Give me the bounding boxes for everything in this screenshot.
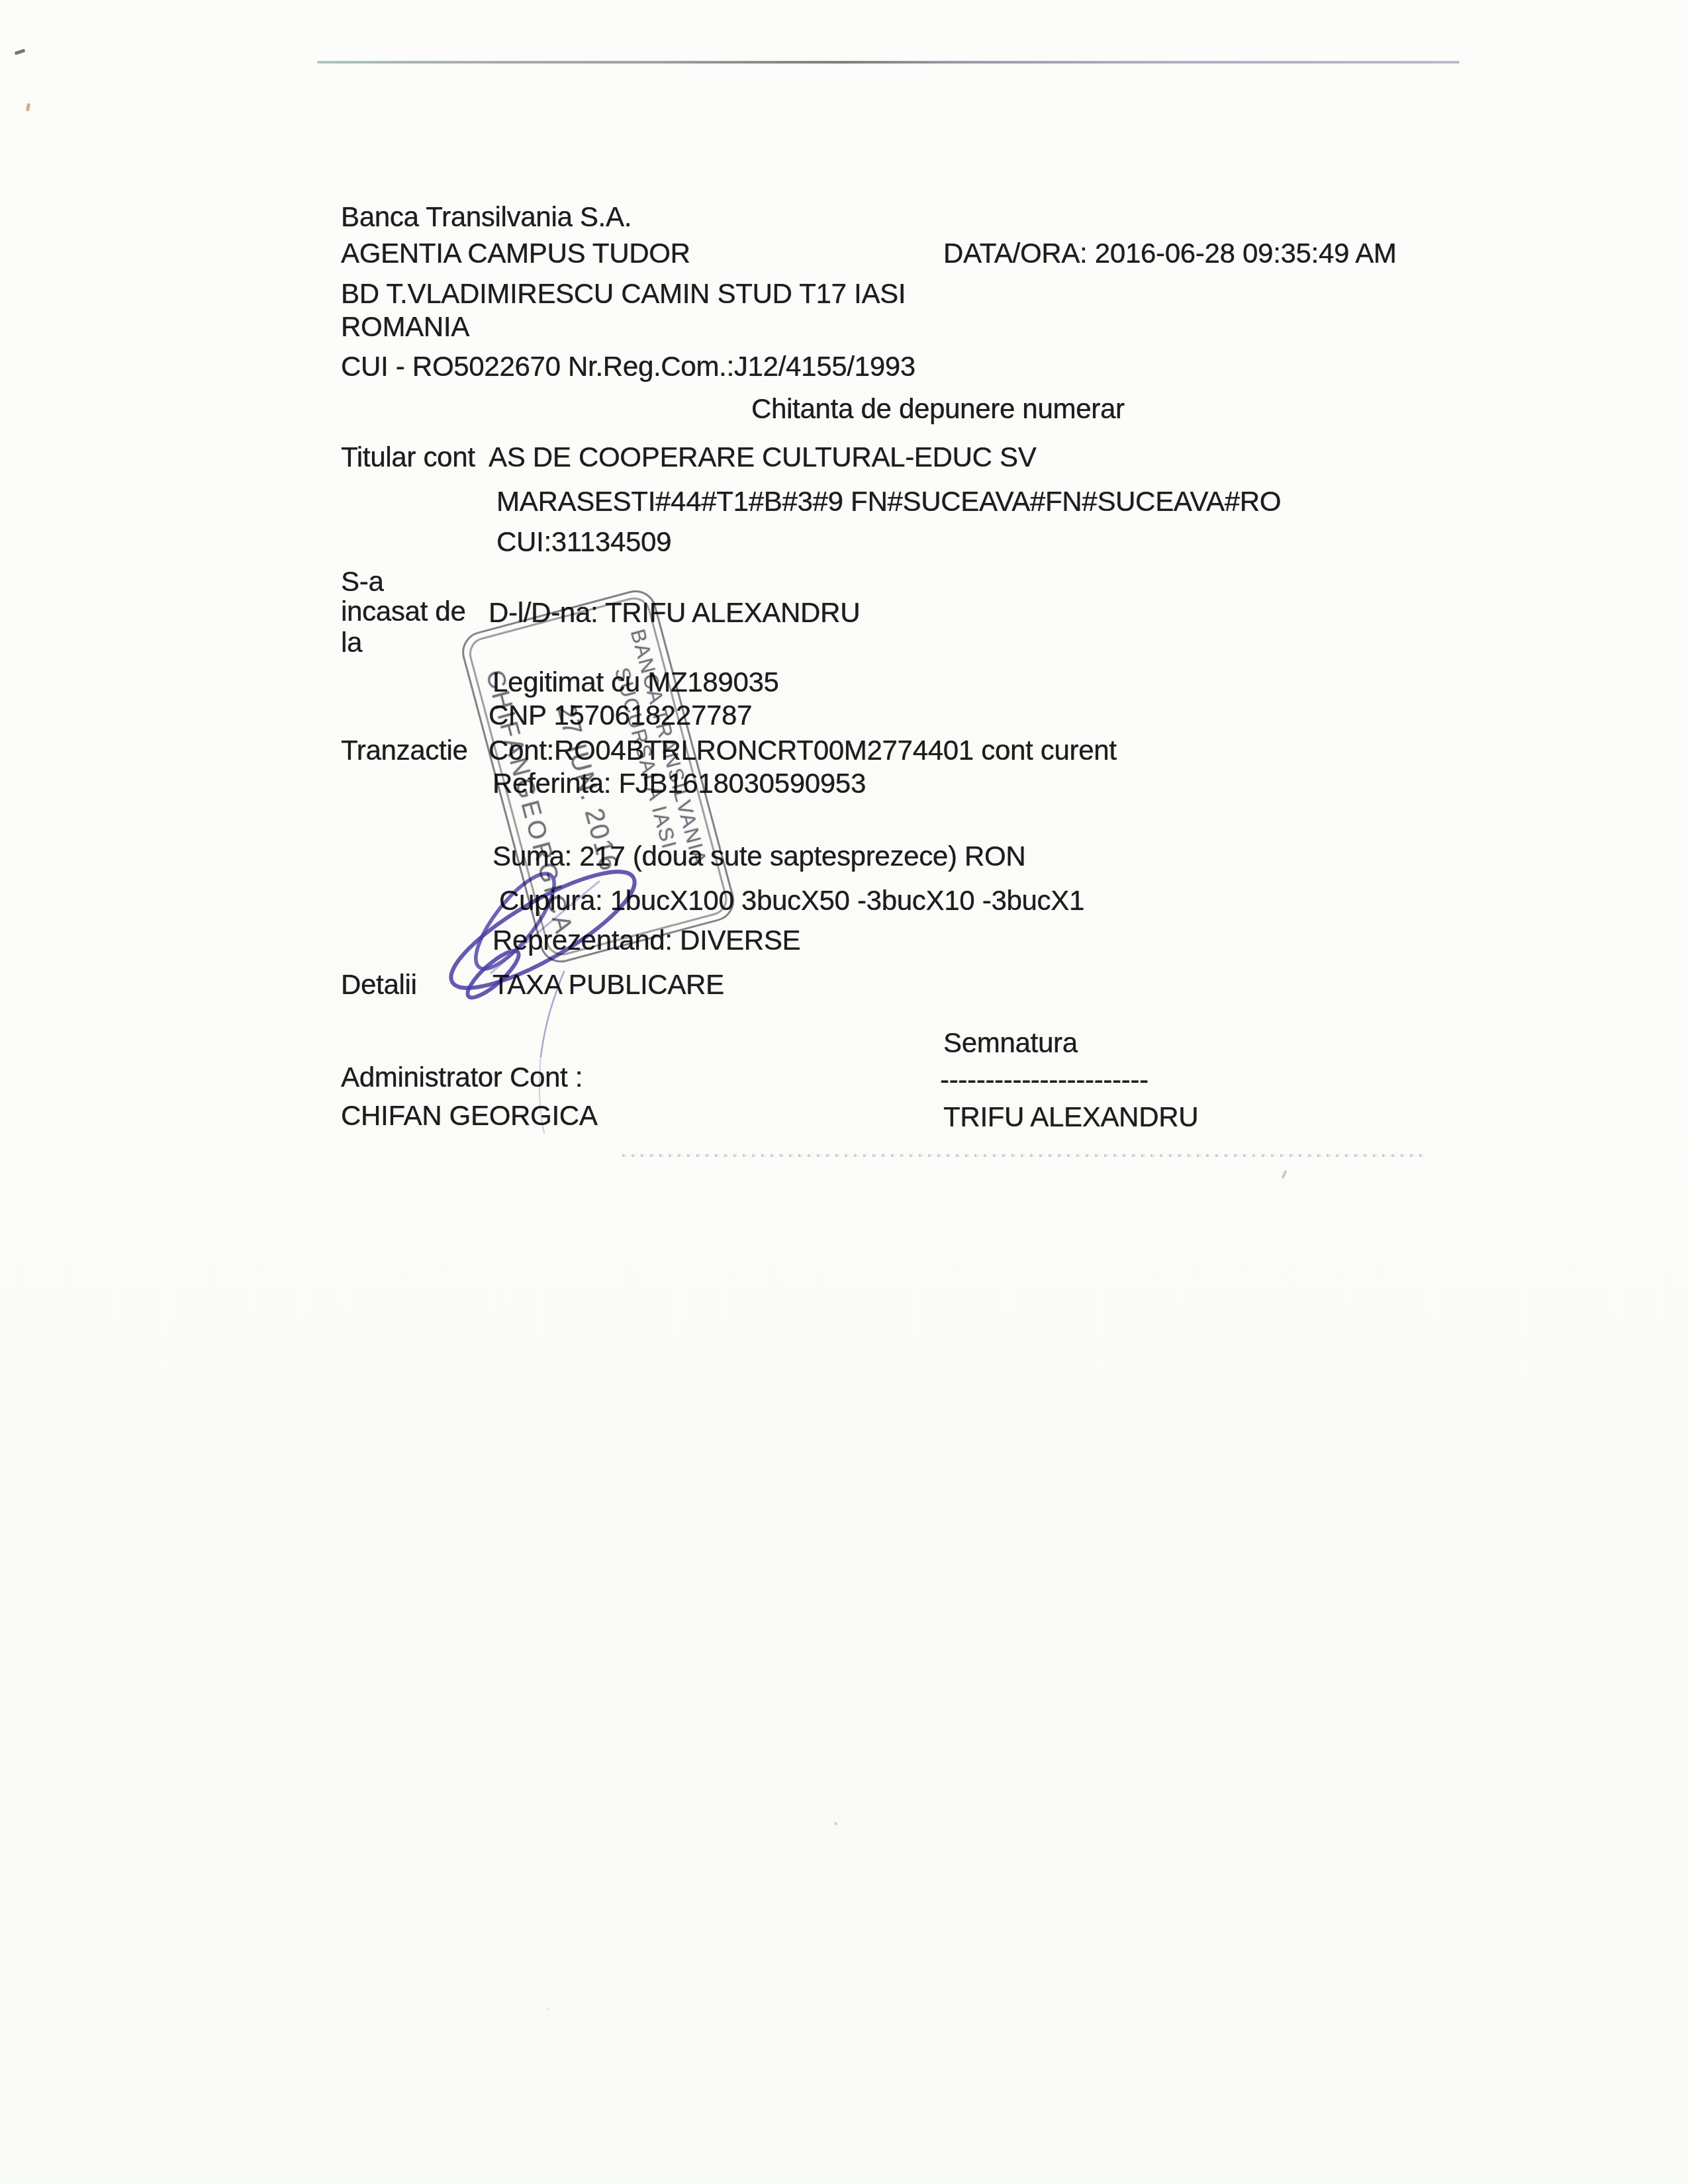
payer-label-line3: la [341, 627, 362, 659]
bank-agency: AGENTIA CAMPUS TUDOR [341, 238, 690, 269]
scanner-streak-line [317, 61, 1460, 64]
payer-label-line1: S-a [341, 566, 383, 598]
admin-label: Administrator Cont : [341, 1062, 583, 1093]
scan-artifact-orange-fleck [26, 103, 30, 112]
handwritten-signature [0, 0, 1688, 2184]
perforation-dotted-line [622, 1154, 1425, 1157]
scan-artifact-speck [833, 1821, 838, 1826]
receipt-datetime: DATA/ORA: 2016-06-28 09:35:49 AM [943, 238, 1397, 269]
transaction-label: Tranzactie [341, 735, 468, 766]
account-holder-cui: CUI:31134509 [496, 526, 671, 558]
details-value: TAXA PUBLICARE [492, 969, 724, 1001]
account-holder-name: AS DE COOPERARE CULTURAL-EDUC SV [489, 441, 1036, 473]
scan-artifact-tick [1281, 1170, 1287, 1179]
admin-name: CHIFAN GEORGICA [341, 1100, 598, 1132]
account-holder-address: MARASESTI#44#T1#B#3#9 FN#SUCEAVA#FN#SUCE… [496, 486, 1281, 518]
scanned-receipt-page: Banca Transilvania S.A. AGENTIA CAMPUS T… [0, 0, 1688, 2184]
client-name: TRIFU ALEXANDRU [943, 1101, 1198, 1133]
payer-label-line2: incasat de [341, 596, 465, 627]
signature-dash-line: ----------------------- [940, 1064, 1149, 1096]
bank-registration: CUI - RO5022670 Nr.Reg.Com.:J12/4155/199… [341, 351, 915, 383]
signature-label: Semnatura [943, 1027, 1078, 1059]
scan-artifact-edge-dash [15, 49, 26, 56]
bank-country: ROMANIA [341, 311, 469, 343]
account-holder-label: Titular cont [341, 441, 475, 473]
scan-artifact-speck [545, 2007, 549, 2011]
document-title: Chitanta de depunere numerar [751, 393, 1125, 425]
bank-address: BD T.VLADIMIRESCU CAMIN STUD T17 IASI [341, 278, 906, 310]
bank-name: Banca Transilvania S.A. [341, 201, 632, 233]
details-label: Detalii [341, 969, 417, 1001]
